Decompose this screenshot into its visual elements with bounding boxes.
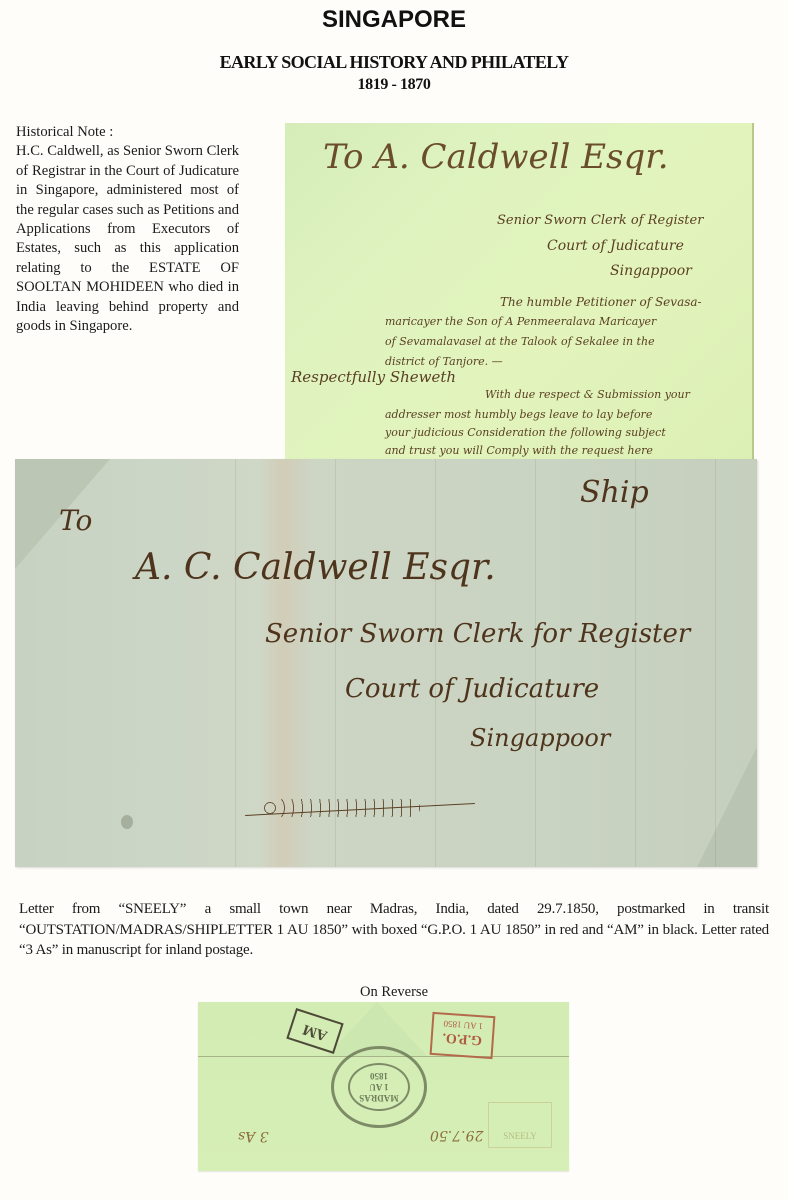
manuscript-court: Court of Judicature <box>345 674 599 704</box>
oval-inner-line: 1850 <box>370 1071 388 1082</box>
manuscript-date: 29.7.50 <box>430 1127 483 1143</box>
manuscript-addressee-title: Senior Sworn Clerk for Register <box>265 619 690 649</box>
manuscript-place: Singappoor <box>470 724 610 752</box>
ink-spot <box>121 815 133 829</box>
manuscript-addressee: A. C. Caldwell Esqr. <box>135 547 496 588</box>
historical-note: Historical Note : H.C. Caldwell, as Seni… <box>16 123 239 336</box>
show-through-line <box>635 459 636 867</box>
gpo-boxed-handstamp: 1 AU 1850 G.P.O. <box>430 1012 496 1059</box>
manuscript-line: Respectfully Sheweth <box>291 368 456 386</box>
page-dates: 1819 - 1870 <box>0 76 788 94</box>
envelope-reverse-image: AM 1 AU 1850 G.P.O. MADRAS 1 AU 1850 SNE… <box>198 1002 569 1171</box>
manuscript-line: With due respect & Submission your <box>485 388 690 401</box>
manuscript-ship: Ship <box>580 475 649 510</box>
petition-letter-image: To A. Caldwell Esqr. Senior Sworn Clerk … <box>285 123 754 465</box>
manuscript-line: district of Tanjore. — <box>385 355 503 368</box>
page-title: SINGAPORE <box>0 6 788 34</box>
oval-inner-line: 1 AU <box>369 1082 388 1093</box>
show-through-line <box>715 459 716 867</box>
outstation-madras-shipletter-oval-handstamp: MADRAS 1 AU 1850 <box>331 1046 427 1128</box>
oval-inner: MADRAS 1 AU 1850 <box>348 1063 410 1111</box>
oval-inner-line: MADRAS <box>359 1093 399 1104</box>
manuscript-line: maricayer the Son of A Penmeeralava Mari… <box>385 315 656 328</box>
historical-note-heading: Historical Note : <box>16 123 239 142</box>
manuscript-line: To A. Caldwell Esqr. <box>323 137 669 177</box>
historical-note-body: H.C. Caldwell, as Senior Sworn Clerk of … <box>16 142 239 336</box>
manuscript-to: To <box>59 504 92 537</box>
am-handstamp-text: AM <box>300 1019 329 1043</box>
sneely-boxed-handstamp: SNEELY <box>488 1102 552 1148</box>
manuscript-line: and trust you will Comply with the reque… <box>385 444 653 457</box>
manuscript-line: of Sevamalavasel at the Talook of Sekale… <box>385 335 655 348</box>
show-through-line <box>235 459 236 867</box>
envelope-front-image: To Ship A. C. Caldwell Esqr. Senior Swor… <box>15 459 757 867</box>
page-subtitle: EARLY SOCIAL HISTORY AND PHILATELY <box>0 52 788 73</box>
manuscript-line: The humble Petitioner of Sevasa- <box>500 295 702 309</box>
manuscript-line: Senior Sworn Clerk of Register <box>497 213 703 228</box>
manuscript-line: addresser most humbly begs leave to lay … <box>385 408 652 421</box>
reverse-label: On Reverse <box>0 984 788 1001</box>
manuscript-line: Court of Judicature <box>547 238 684 254</box>
gpo-text: G.P.O. <box>432 1028 492 1048</box>
manuscript-rate: 3 As <box>238 1128 269 1144</box>
sneely-text: SNEELY <box>503 1131 537 1141</box>
cover-description: Letter from “SNEELY” a small town near M… <box>19 899 769 961</box>
envelope-corner-fold <box>697 747 757 867</box>
manuscript-line: Singappoor <box>610 263 692 279</box>
manuscript-line: your judicious Consideration the followi… <box>385 426 666 439</box>
show-through-line <box>535 459 536 867</box>
